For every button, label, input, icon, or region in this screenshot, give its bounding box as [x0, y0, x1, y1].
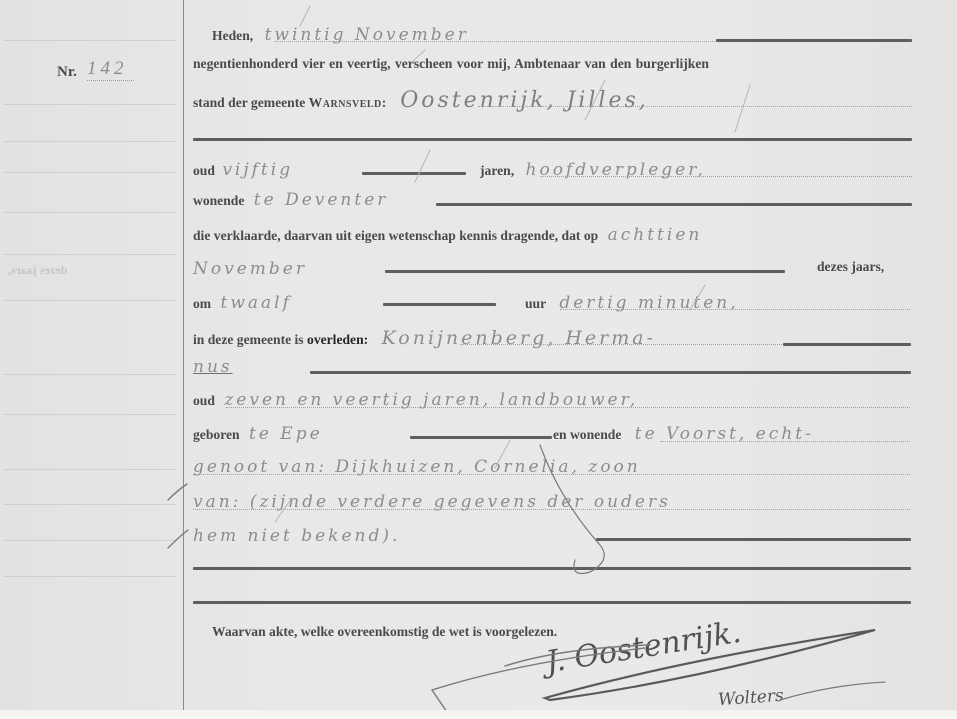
signature-declarant: J. Oostenrijk.	[543, 615, 743, 680]
printed-oud: oud	[193, 163, 215, 178]
handwritten-death-day: achttien	[608, 225, 703, 245]
filler-rule	[193, 601, 911, 604]
fill-line	[226, 407, 910, 408]
fill-line	[478, 106, 912, 107]
printed-municipality: Warnsveld:	[309, 95, 387, 110]
filler-rule	[383, 303, 496, 306]
margin-ruled-line	[4, 254, 176, 255]
printed-oud-2: oud	[193, 393, 215, 408]
printed-wonende: wonende	[193, 193, 244, 208]
filler-rule	[410, 436, 552, 439]
filler-rule	[596, 538, 911, 541]
printed-dezes-jaars: dezes jaars,	[817, 259, 884, 274]
handwritten-declarant-residence: te Deventer	[254, 190, 389, 210]
filler-rule	[193, 567, 911, 570]
margin-column: dezes jaars, Nr. 142	[0, 0, 183, 710]
handwritten-death-hour: twaalf	[221, 293, 292, 313]
margin-ruled-line	[4, 172, 176, 173]
handwritten-declarant-name: Oostenrijk, Jilles,	[400, 88, 649, 113]
handwritten-parents-cont: hem niet bekend).	[193, 526, 400, 546]
filler-rule	[193, 138, 912, 141]
scan-bottom-edge	[0, 710, 957, 719]
printed-jaren: jaren,	[480, 163, 514, 178]
fill-line	[540, 176, 912, 177]
margin-ruled-line	[4, 540, 176, 541]
margin-ruled-line	[4, 504, 176, 505]
printed-in-deze-gemeente: in deze gemeente is	[193, 332, 304, 347]
handwritten-deceased-name-cont: nus	[193, 357, 233, 377]
margin-ruled-line	[4, 576, 176, 577]
record-number-label: Nr.	[57, 64, 77, 81]
fill-line	[560, 309, 910, 310]
filler-rule	[436, 203, 912, 206]
form-line-death-month: November	[193, 259, 307, 279]
form-line-declarant-age: oud vijftig	[193, 160, 293, 180]
form-line-death-minutes: uur dertig minuten,	[525, 293, 739, 313]
margin-ruled-line	[4, 469, 176, 470]
margin-divider	[183, 0, 184, 710]
margin-ruled-line	[4, 300, 176, 301]
printed-geboren: geboren	[193, 427, 240, 442]
form-line-declarant-residence: wonende te Deventer	[193, 190, 388, 210]
printed-declaration-text: die verklaarde, daarvan uit eigen wetens…	[193, 228, 598, 243]
record-number-value: 142	[87, 58, 134, 81]
form-line-death-time: om twaalf	[193, 293, 292, 313]
fill-line	[193, 509, 910, 510]
form-line-declaration: die verklaarde, daarvan uit eigen wetens…	[193, 225, 702, 245]
signature-official: Wolters	[717, 686, 784, 711]
printed-overleden: overleden:	[307, 332, 368, 347]
handwritten-date: twintig November	[265, 25, 469, 45]
form-line-deceased-birthplace: geboren te Epe	[193, 424, 323, 444]
printed-uur: uur	[525, 296, 546, 311]
form-line-year: negentienhonderd vier en veertig, versch…	[193, 56, 709, 72]
handwritten-declarant-age: vijftig	[222, 160, 293, 180]
margin-ruled-line	[4, 212, 176, 213]
printed-closing-text: Waarvan akte, welke overeenkomstig de we…	[212, 624, 557, 639]
form-line-deceased: in deze gemeente is overleden: Konijnenb…	[193, 327, 656, 349]
printed-year-text: negentienhonderd vier en veertig, versch…	[193, 56, 709, 71]
form-line-declarant: stand der gemeente Warnsveld: Oostenrijk…	[193, 88, 649, 113]
filler-rule	[310, 371, 911, 374]
handwritten-deceased-name: Konijnenberg, Herma-	[382, 327, 656, 349]
filler-rule	[716, 39, 912, 42]
printed-om: om	[193, 296, 211, 311]
filler-rule	[362, 172, 466, 175]
handwritten-death-minutes: dertig minuten,	[559, 293, 738, 313]
scanned-record-page: dezes jaars, Nr. 142 Heden, twintig Nove…	[0, 0, 957, 710]
form-line-dezes-jaars: dezes jaars,	[817, 259, 884, 275]
filler-rule	[385, 270, 785, 273]
printed-stand-der-gemeente: stand der gemeente	[193, 95, 305, 110]
form-line-parents-cont: hem niet bekend).	[193, 526, 400, 546]
form-line-declarant-occupation: jaren, hoofdverpleger,	[480, 160, 706, 180]
bleed-through-text: dezes jaars,	[8, 263, 67, 278]
margin-ruled-line	[4, 40, 176, 41]
handwritten-birthplace: te Epe	[249, 424, 323, 444]
margin-ruled-line	[4, 141, 176, 142]
margin-ruled-line	[4, 104, 176, 105]
printed-en-wonende: en wonende	[553, 427, 621, 442]
margin-ruled-line	[4, 374, 176, 375]
filler-rule	[783, 343, 911, 346]
fill-line	[193, 474, 910, 475]
handwritten-death-month: November	[193, 259, 307, 279]
fill-line	[275, 41, 715, 42]
handwritten-declarant-occupation: hoofdverpleger,	[526, 160, 706, 180]
margin-ruled-line	[4, 414, 176, 415]
form-line-deceased-cont: nus	[193, 357, 233, 377]
form-line-date: Heden, twintig November	[212, 25, 469, 45]
fill-line	[660, 441, 910, 442]
printed-heden: Heden,	[212, 28, 253, 43]
form-line-closing: Waarvan akte, welke overeenkomstig de we…	[212, 624, 557, 640]
